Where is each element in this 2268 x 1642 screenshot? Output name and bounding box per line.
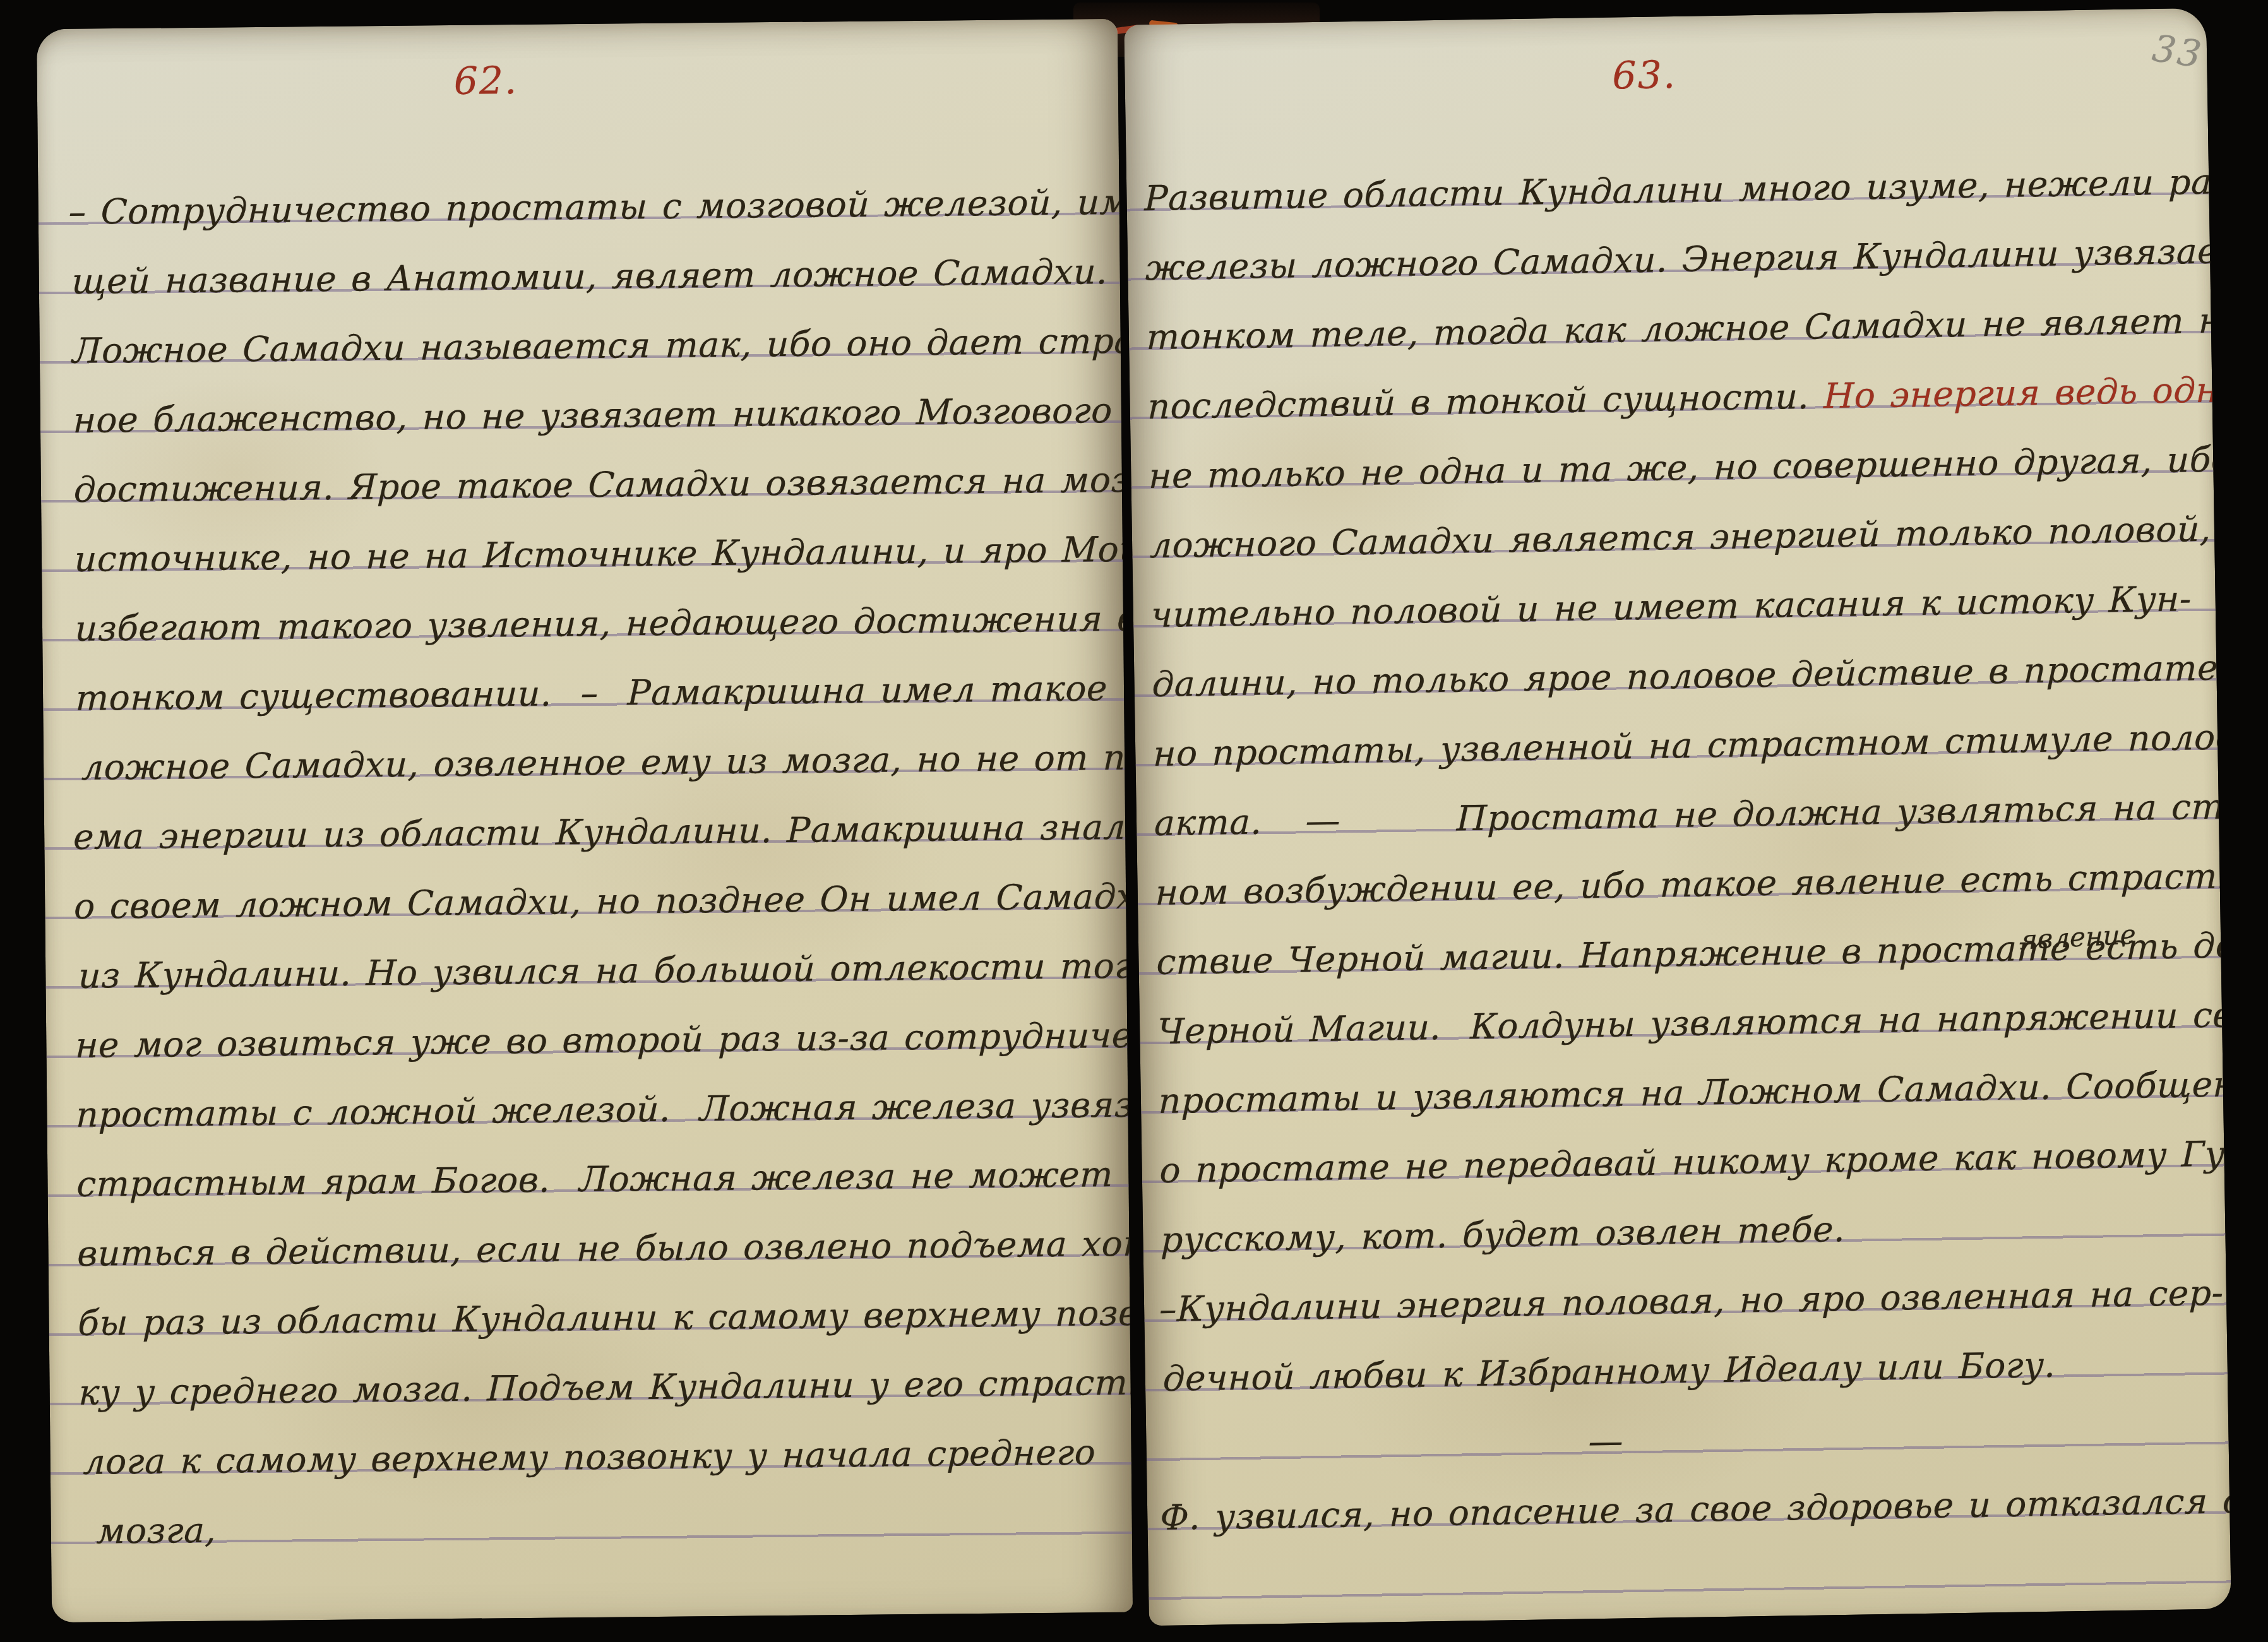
ink-text: — <box>1588 1420 1624 1461</box>
right-page: 63. 33 явление Развитие области Кундалин… <box>1124 8 2231 1626</box>
page-number-left: 62. <box>453 59 518 104</box>
ink-text: мозга, <box>96 1510 217 1552</box>
left-page-text: – Сотрудничество простаты с мозговой жел… <box>37 19 1118 29</box>
notebook-scan: 62. – Сотрудничество простаты с мозговой… <box>0 0 2268 1642</box>
page-number-right: 63. <box>1612 53 1677 98</box>
pencil-corner-number: 33 <box>2150 27 2206 76</box>
handwritten-line: мозга, <box>96 1510 217 1552</box>
left-page: 62. – Сотрудничество простаты с мозговой… <box>37 19 1133 1622</box>
handwritten-line: — <box>1588 1420 1624 1461</box>
